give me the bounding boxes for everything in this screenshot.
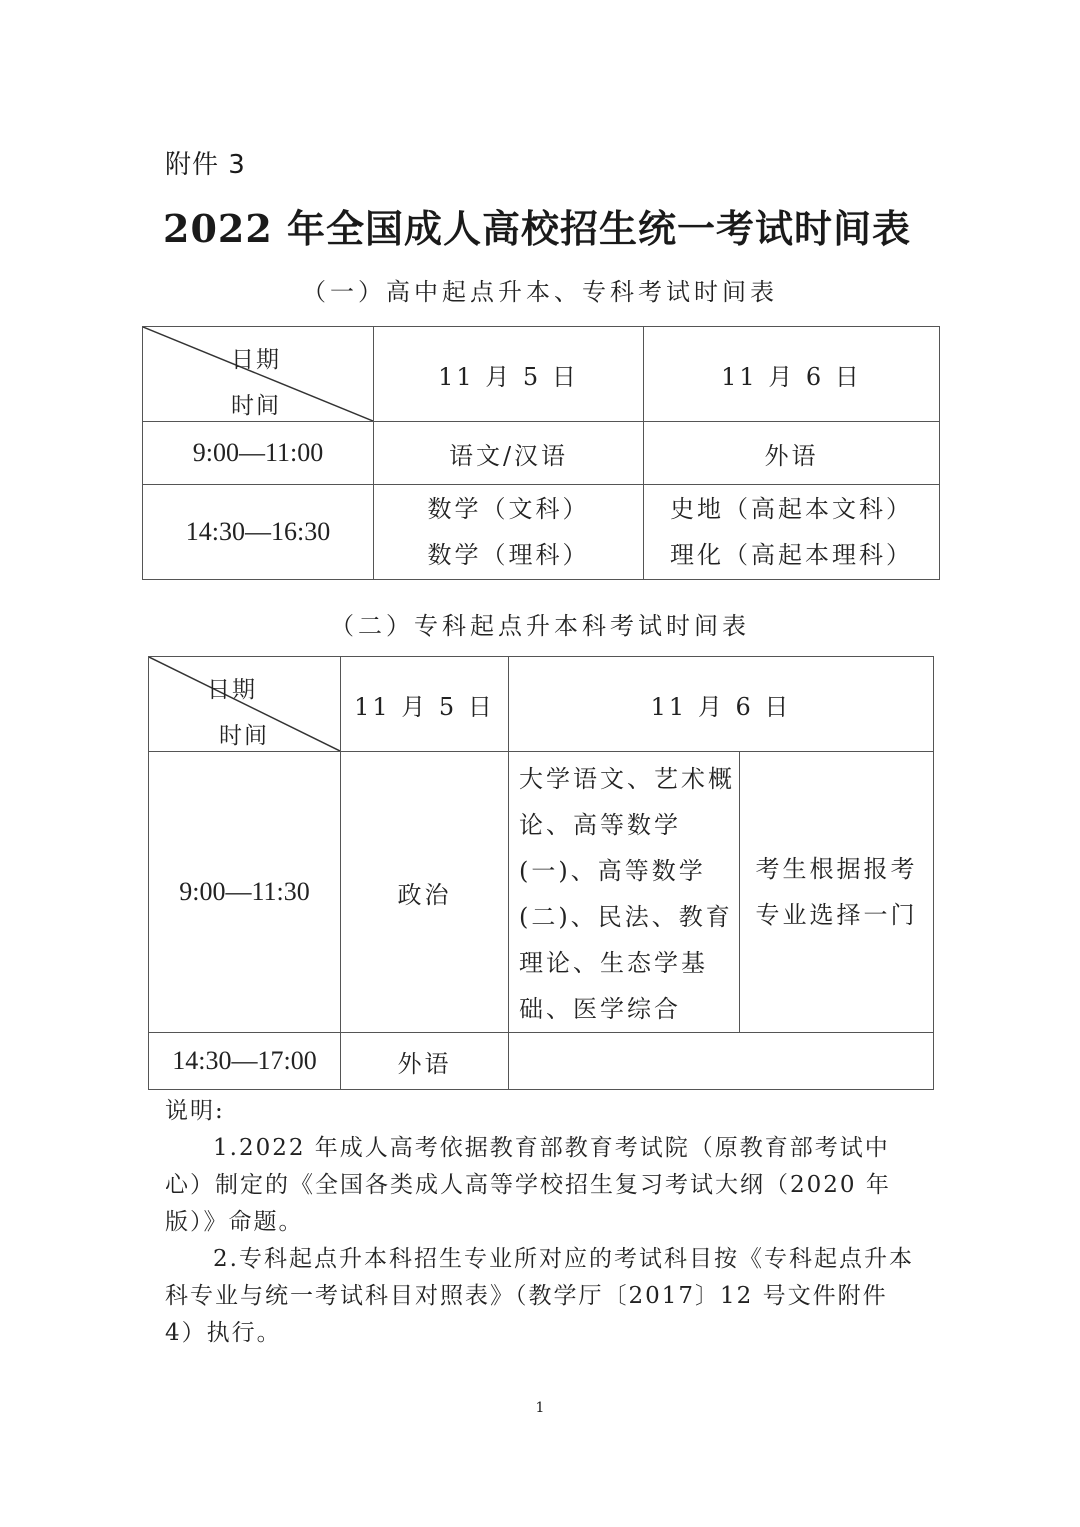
section1-heading: （一）高中起点升本、专科考试时间表: [0, 272, 1080, 307]
subject-line: 论、高等数学: [519, 802, 739, 848]
time-slot-morning: 9:00—11:00: [143, 422, 374, 485]
note-line: 考生根据报考: [740, 846, 933, 892]
schedule-table-1: 日期 时间 11 月 5 日 11 月 6 日 9:00—11:00 语文/汉语…: [142, 326, 940, 580]
page-number: 1: [0, 1400, 1080, 1416]
corner-header-cell: 日期 时间: [149, 657, 341, 752]
subject-cell: 外语: [644, 422, 940, 485]
note-item: 2.专科起点升本科招生专业所对应的考试科目按《专科起点升本科专业与统一考试科目对…: [165, 1241, 925, 1352]
corner-date-label: 日期: [207, 671, 257, 704]
subject-cell: 数学（文科） 数学（理科）: [374, 485, 644, 580]
subject-cell: 史地（高起本文科） 理化（高起本理科）: [644, 485, 940, 580]
subject-line: 数学（文科）: [374, 486, 643, 532]
subject-line: 理化（高起本理科）: [644, 532, 939, 578]
section2-heading: （二）专科起点升本科考试时间表: [0, 606, 1080, 641]
subject-line: 础、医学综合: [519, 986, 739, 1032]
document-title: 2022 年全国成人高校招生统一考试时间表: [163, 198, 911, 253]
note-line: 专业选择一门: [740, 892, 933, 938]
note-item: 1.2022 年成人高考依据教育部教育考试院（原教育部考试中心）制定的《全国各类…: [165, 1130, 925, 1241]
corner-time-label: 时间: [231, 387, 281, 420]
date-header-nov6: 11 月 6 日: [509, 657, 934, 752]
corner-header-cell: 日期 时间: [143, 327, 374, 422]
subject-cell: 政治: [341, 752, 509, 1033]
subject-line: (一)、高等数学: [519, 848, 739, 894]
selection-note-cell: 考生根据报考 专业选择一门: [740, 752, 934, 1033]
subject-line: (二)、民法、教育: [519, 894, 739, 940]
schedule-table-2: 日期 时间 11 月 5 日 11 月 6 日 9:00—11:30 政治 大学…: [148, 656, 934, 1090]
subject-cell: 语文/汉语: [374, 422, 644, 485]
date-header-nov5: 11 月 5 日: [374, 327, 644, 422]
attachment-label: 附件 3: [165, 144, 246, 181]
time-slot-afternoon: 14:30—16:30: [143, 485, 374, 580]
time-slot-morning: 9:00—11:30: [149, 752, 341, 1033]
time-slot-afternoon: 14:30—17:00: [149, 1033, 341, 1090]
corner-date-label: 日期: [231, 341, 281, 374]
notes-section: 说明: 1.2022 年成人高考依据教育部教育考试院（原教育部考试中心）制定的《…: [165, 1093, 925, 1352]
notes-heading: 说明:: [165, 1093, 925, 1130]
corner-time-label: 时间: [219, 717, 269, 750]
subject-list-cell: 大学语文、艺术概 论、高等数学 (一)、高等数学 (二)、民法、教育 理论、生态…: [509, 752, 740, 1033]
subject-line: 数学（理科）: [374, 532, 643, 578]
subject-line: 史地（高起本文科）: [644, 486, 939, 532]
date-header-nov6: 11 月 6 日: [644, 327, 940, 422]
empty-cell: [509, 1033, 934, 1090]
subject-cell: 外语: [341, 1033, 509, 1090]
subject-line: 大学语文、艺术概: [519, 756, 739, 802]
subject-line: 理论、生态学基: [519, 940, 739, 986]
date-header-nov5: 11 月 5 日: [341, 657, 509, 752]
